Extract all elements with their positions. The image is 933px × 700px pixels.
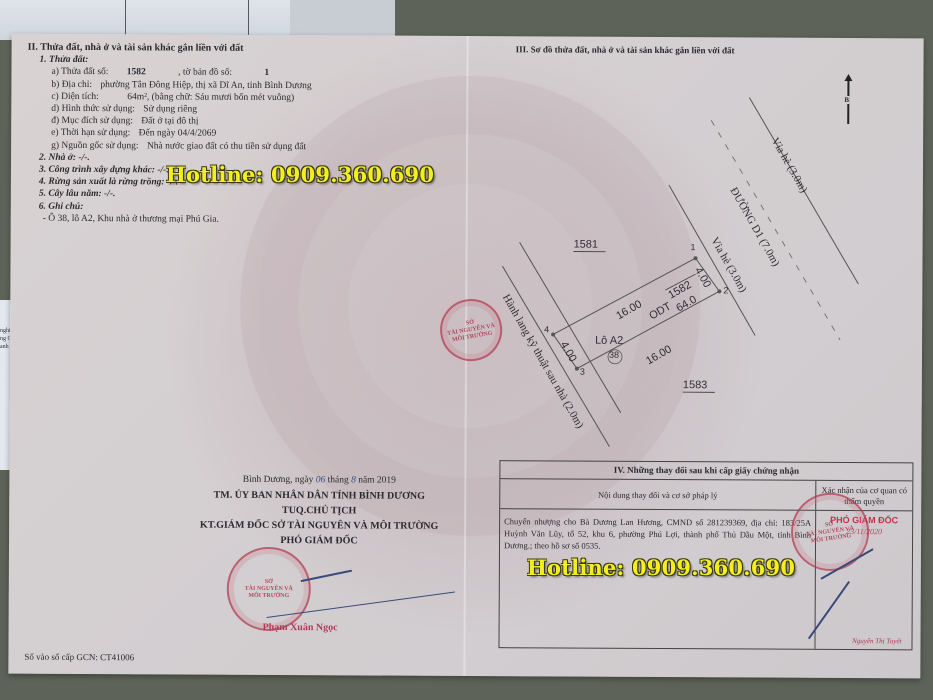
- lot-label: Lô A2: [595, 335, 623, 347]
- col-content-header: Nội dung thay đổi và cơ sở pháp lý: [500, 479, 816, 510]
- background-text: anh: [0, 344, 9, 351]
- confirm-signer: Nguyễn Thị Tuyết: [852, 637, 901, 645]
- section-iv-title: IV. Những thay đổi sau khi cấp giấy chứn…: [500, 461, 912, 481]
- point-label: 1: [691, 242, 696, 252]
- neighbor-south-label: 1583: [683, 379, 708, 391]
- plot-number-label: 38: [609, 350, 619, 360]
- land-certificate-sheet: II. Thửa đất, nhà ở và tài sản khác gắn …: [8, 34, 923, 679]
- point-label: 2: [723, 285, 728, 295]
- neighbor-north-label: 1581: [574, 239, 599, 251]
- hotline-watermark: Hotline: 0909.360.690: [166, 162, 434, 187]
- point-label: 4: [544, 324, 549, 334]
- point-label: 3: [580, 367, 585, 377]
- background-paper: [290, 0, 395, 35]
- hotline-watermark: Hotline: 0909.360.690: [527, 555, 795, 580]
